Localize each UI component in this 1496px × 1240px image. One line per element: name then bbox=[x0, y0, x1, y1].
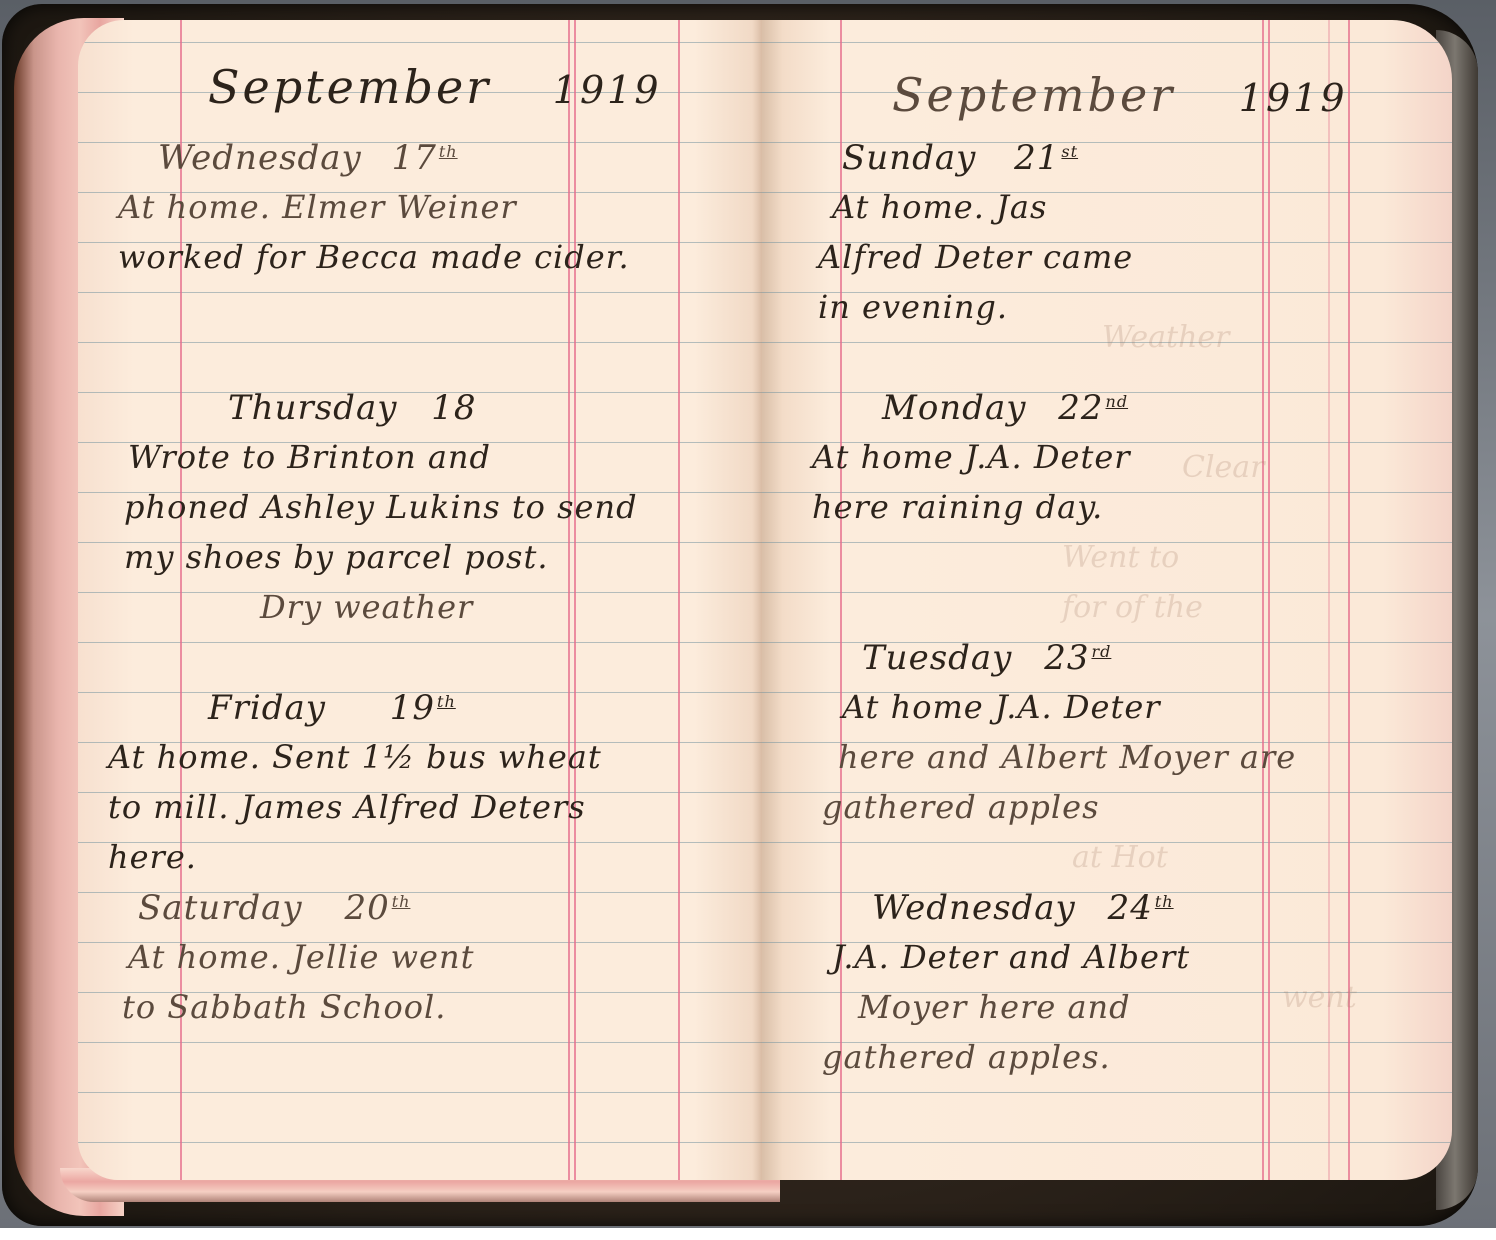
left-page: September 1919 Wednesday 17th At home. E… bbox=[78, 20, 778, 1180]
year: 1919 bbox=[553, 68, 662, 112]
entry-line: gathered apples bbox=[822, 788, 1100, 826]
month-title: September bbox=[892, 68, 1175, 122]
day-date: 18 bbox=[431, 388, 476, 428]
entry-day-heading: Wednesday 24th bbox=[872, 888, 1174, 928]
date-suffix: th bbox=[1155, 892, 1174, 911]
column-line bbox=[678, 20, 680, 1180]
date-suffix: nd bbox=[1106, 392, 1129, 411]
date-suffix: th bbox=[439, 142, 458, 161]
day-date: 23 bbox=[1044, 638, 1089, 678]
date-suffix: st bbox=[1061, 142, 1078, 161]
entry-line: At home J.A. Deter bbox=[842, 688, 1161, 726]
entry-line: worked for Becca made cider. bbox=[118, 238, 630, 276]
day-name: Thursday bbox=[228, 388, 397, 428]
day-date: 17 bbox=[392, 138, 437, 178]
entry-line: to mill. James Alfred Deters bbox=[108, 788, 586, 826]
day-date: 21 bbox=[1014, 138, 1059, 178]
entry-line: Moyer here and bbox=[858, 988, 1131, 1026]
entry-line: At home J.A. Deter bbox=[812, 438, 1131, 476]
entry-line: gathered apples. bbox=[822, 1038, 1111, 1076]
bleed-through-text: for of the bbox=[1062, 590, 1203, 625]
month-title: September bbox=[208, 60, 491, 114]
day-date: 19 bbox=[390, 688, 435, 728]
entry-line: J.A. Deter and Albert bbox=[832, 938, 1190, 976]
day-name: Friday bbox=[208, 688, 326, 728]
entry-day-heading: Tuesday 23rd bbox=[862, 638, 1111, 678]
entry-day-heading: Saturday 20th bbox=[138, 888, 410, 928]
bleed-through-text: at Hot bbox=[1072, 840, 1168, 875]
day-date: 20 bbox=[344, 888, 389, 928]
column-line bbox=[1268, 20, 1270, 1180]
entry-day-heading: Sunday 21st bbox=[842, 138, 1078, 178]
entry-line: here raining day. bbox=[812, 488, 1103, 526]
year: 1919 bbox=[1239, 76, 1348, 120]
day-date: 22 bbox=[1058, 388, 1103, 428]
scan-bottom-margin bbox=[0, 1228, 1496, 1240]
bleed-through-text: Weather bbox=[1102, 320, 1230, 355]
bleed-through-text: Clear bbox=[1182, 450, 1265, 485]
entry-line: Alfred Deter came bbox=[818, 238, 1133, 276]
day-name: Saturday bbox=[138, 888, 303, 928]
bleed-through-text: Went to bbox=[1062, 540, 1179, 575]
column-line bbox=[1262, 20, 1264, 1180]
page-heading: September 1919 bbox=[208, 60, 662, 114]
entry-line: At home. Sent 1½ bus wheat bbox=[108, 738, 602, 776]
day-name: Tuesday bbox=[862, 638, 1012, 678]
entry-line: here and Albert Moyer are bbox=[838, 738, 1296, 776]
entry-day-heading: Monday 22nd bbox=[882, 388, 1128, 428]
day-date: 24 bbox=[1108, 888, 1153, 928]
entry-line: phoned Ashley Lukins to send bbox=[124, 488, 638, 526]
entry-line: At home. Elmer Weiner bbox=[118, 188, 517, 226]
entry-line: here. bbox=[108, 838, 197, 876]
page-heading: September 1919 bbox=[892, 68, 1348, 122]
entry-line: At home. Jas bbox=[832, 188, 1047, 226]
entry-line: Dry weather bbox=[260, 588, 473, 626]
entry-day-heading: Thursday 18 bbox=[228, 388, 477, 428]
date-suffix: th bbox=[392, 892, 411, 911]
column-line bbox=[568, 20, 570, 1180]
day-name: Monday bbox=[882, 388, 1026, 428]
entry-line: my shoes by parcel post. bbox=[124, 538, 548, 576]
bleed-through-text: went bbox=[1282, 980, 1357, 1015]
right-page: Weather Went to for of the Clear at Hot … bbox=[762, 20, 1452, 1180]
day-name: Sunday bbox=[842, 138, 976, 178]
entry-line: At home. Jellie went bbox=[128, 938, 474, 976]
date-suffix: rd bbox=[1091, 642, 1111, 661]
day-name: Wednesday bbox=[872, 888, 1076, 928]
day-name: Wednesday bbox=[158, 138, 362, 178]
date-suffix: th bbox=[437, 692, 456, 711]
column-line bbox=[574, 20, 576, 1180]
entry-line: in evening. bbox=[818, 288, 1008, 326]
entry-day-heading: Wednesday 17th bbox=[158, 138, 458, 178]
entry-line: Wrote to Brinton and bbox=[128, 438, 491, 476]
entry-day-heading: Friday 19th bbox=[208, 688, 456, 728]
entry-line: to Sabbath School. bbox=[122, 988, 446, 1026]
